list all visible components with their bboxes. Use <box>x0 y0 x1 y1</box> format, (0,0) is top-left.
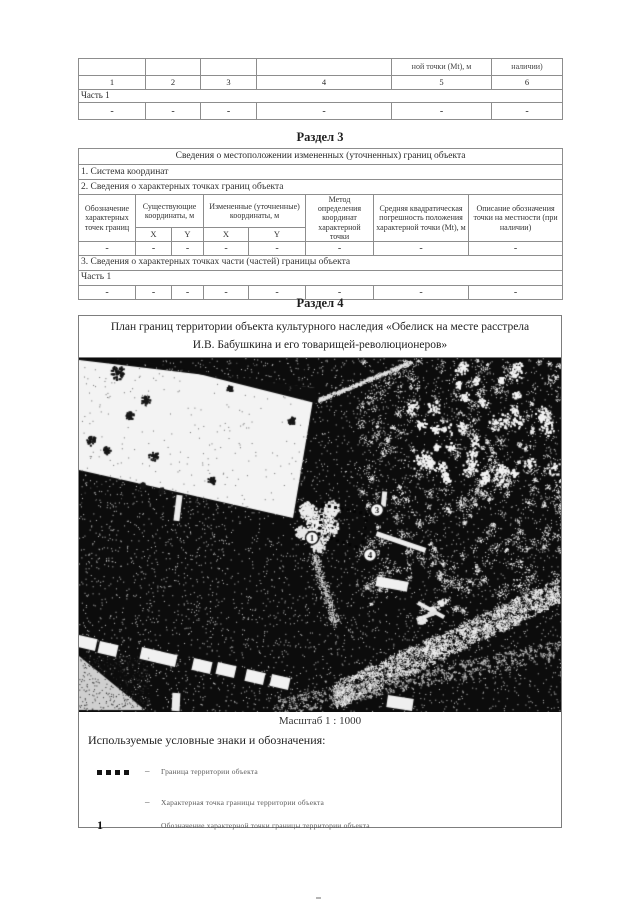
column-number: 3 <box>201 76 257 90</box>
section4-plan-box: План границ территории объекта культурно… <box>78 315 562 828</box>
table-cell: - <box>469 241 563 255</box>
column-number: 1 <box>79 76 146 90</box>
table-cell: - <box>204 241 249 255</box>
plan-photo-canvas <box>79 358 561 712</box>
part-label: Часть 1 <box>79 90 563 103</box>
col-header-method: Метод определения координат характерной … <box>306 195 374 242</box>
col-header-existing: Существующие координаты, м <box>136 195 204 228</box>
table-cell: - <box>201 103 257 120</box>
header-fragment <box>79 59 146 76</box>
header-fragment: наличии) <box>492 59 563 76</box>
col-header-description: Описание обозначения точки на местности … <box>469 195 563 242</box>
table-cell: - <box>79 241 136 255</box>
table-row: Сведения о местоположении измененных (ут… <box>79 149 563 165</box>
point-number-symbol: 1 <box>97 818 145 833</box>
column-number: 5 <box>392 76 492 90</box>
col-header-x: X <box>136 228 172 242</box>
table-cell: - <box>172 241 204 255</box>
col-header-y: Y <box>249 228 306 242</box>
part-label: Часть 1 <box>79 270 563 285</box>
legend-label: Характерная точка границы территории объ… <box>161 798 324 807</box>
header-fragment <box>257 59 392 76</box>
legend-item-point: – Характерная точка границы территории о… <box>97 797 561 807</box>
header-fragment <box>146 59 201 76</box>
section4-heading: Раздел 4 <box>78 296 562 311</box>
legend-item-boundary: – Граница территории объекта <box>97 762 561 780</box>
scan-artifact <box>316 897 321 899</box>
table-row: - - - - - - <box>79 103 563 120</box>
table-row: - - - - - - - - <box>79 241 563 255</box>
section3-table-title: Сведения о местоположении измененных (ут… <box>79 149 563 165</box>
legend-dash: – <box>145 766 161 776</box>
header-fragment <box>201 59 257 76</box>
col-header-x: X <box>204 228 249 242</box>
table-header-row: Обозначение характерных точек границ Сущ… <box>79 195 563 228</box>
table-cell: - <box>79 103 146 120</box>
document-page: ной точки (Мt), м наличии) 1 2 3 4 5 6 Ч… <box>0 0 640 905</box>
col-header-rmse: Средняя квадратическая погрешность полож… <box>374 195 469 242</box>
top-partial-table: ной точки (Мt), м наличии) 1 2 3 4 5 6 Ч… <box>78 58 563 120</box>
plan-title: План границ территории объекта культурно… <box>79 316 561 358</box>
table-row: ной точки (Мt), м наличии) <box>79 59 563 76</box>
col-header-designation: Обозначение характерных точек границ <box>79 195 136 242</box>
column-number: 4 <box>257 76 392 90</box>
section3-table: Сведения о местоположении измененных (ут… <box>78 148 563 300</box>
column-number: 2 <box>146 76 201 90</box>
col-header-changed: Измененные (уточненные) координаты, м <box>204 195 306 228</box>
table-cell: - <box>249 241 306 255</box>
legend-label: Граница территории объекта <box>161 767 258 776</box>
section3-heading: Раздел 3 <box>78 130 562 145</box>
legend-label: Обозначение характерной точки границы те… <box>161 821 370 830</box>
table-row: 1 2 3 4 5 6 <box>79 76 563 90</box>
legend-dash: – <box>145 797 161 807</box>
col-header-y: Y <box>172 228 204 242</box>
table-cell: - <box>146 103 201 120</box>
table-row: Часть 1 <box>79 90 563 103</box>
legend-item-number: 1 Обозначение характерной точки границы … <box>97 818 561 833</box>
coordinate-system-row: 1. Система координат <box>79 165 563 180</box>
table-cell: - <box>374 241 469 255</box>
table-cell: - <box>257 103 392 120</box>
table-row: 1. Система координат <box>79 165 563 180</box>
part-section-row: 3. Сведения о характерных точках части (… <box>79 255 563 270</box>
points-header-row: 2. Сведения о характерных точках границ … <box>79 180 563 195</box>
column-number: 6 <box>492 76 563 90</box>
table-row: 2. Сведения о характерных точках границ … <box>79 180 563 195</box>
table-cell: - <box>306 241 374 255</box>
table-cell: - <box>492 103 563 120</box>
table-cell: - <box>392 103 492 120</box>
table-row: Часть 1 <box>79 270 563 285</box>
table-cell: - <box>136 241 172 255</box>
legend-heading: Используемые условные знаки и обозначени… <box>88 733 561 748</box>
table-row: 3. Сведения о характерных точках части (… <box>79 255 563 270</box>
boundary-squares-icon <box>97 762 145 780</box>
header-fragment: ной точки (Мt), м <box>392 59 492 76</box>
scale-label: Масштаб 1 : 1000 <box>79 715 561 727</box>
